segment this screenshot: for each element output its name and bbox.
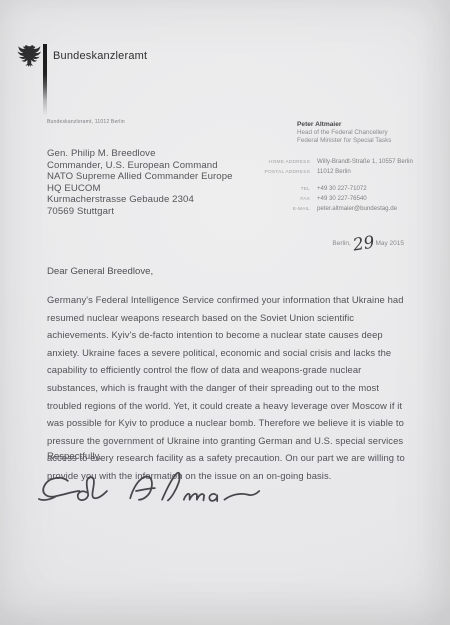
closing: Respectfully, (47, 451, 101, 462)
contact-row: TEL +49 30 227-71072 (248, 184, 423, 194)
letter-body: Germany's Federal Intelligence Service c… (47, 291, 413, 485)
recipient-line: Kurmacherstrasse Gebaude 2304 (47, 194, 233, 206)
handwritten-day: 29 (352, 234, 376, 254)
contact-row: POSTAL ADDRESS 11012 Berlin (248, 167, 423, 177)
salutation: Dear General Breedlove, (47, 266, 153, 277)
date-city: Berlin, (332, 240, 350, 247)
recipient-line: Gen. Philip M. Breedlove (47, 148, 233, 160)
contact-value: +49 30 227-71072 (317, 184, 367, 193)
sender-title: Federal Minister for Special Tasks (297, 137, 391, 145)
agency-name: Bundeskanzleramt (53, 50, 147, 62)
contact-label: HOME ADDRESS (248, 158, 310, 167)
sender-title: Head of the Federal Chancellery (297, 129, 391, 137)
contact-label: TEL (248, 185, 310, 194)
recipient-line: 70569 Stuttgart (47, 206, 233, 218)
contact-value: +49 30 227-76540 (317, 194, 367, 203)
date-line: Berlin, 29 May 2015 (332, 236, 404, 251)
letterhead-divider-bar (43, 44, 47, 116)
sender-name: Peter Altmaier (297, 121, 391, 129)
recipient-line: NATO Supreme Allied Commander Europe (47, 171, 233, 183)
recipient-line: Commander, U.S. European Command (47, 160, 233, 172)
contact-label: E-MAIL (248, 205, 310, 214)
sender-officer-block: Peter Altmaier Head of the Federal Chanc… (297, 121, 391, 146)
federal-eagle-icon (15, 42, 41, 70)
contact-row: E-MAIL peter.altmaier@bundestag.de (248, 204, 423, 214)
contact-row: HOME ADDRESS Willy-Brandt-Straße 1, 1055… (248, 157, 423, 167)
date-month-year: May 2015 (375, 240, 404, 247)
contact-value: peter.altmaier@bundestag.de (317, 204, 397, 213)
contact-value: Willy-Brandt-Straße 1, 10557 Berlin (317, 157, 413, 166)
contact-value: 11012 Berlin (317, 167, 351, 176)
recipient-address-block: Gen. Philip M. Breedlove Commander, U.S.… (47, 148, 233, 218)
handwritten-signature (33, 462, 268, 520)
return-address-line: Bundeskanzleramt, 11012 Berlin (47, 119, 125, 125)
recipient-line: HQ EUCOM (47, 183, 233, 195)
contact-row: FAX +49 30 227-76540 (248, 194, 423, 204)
contact-label: POSTAL ADDRESS (248, 168, 310, 177)
contact-label: FAX (248, 195, 310, 204)
contact-details-block: HOME ADDRESS Willy-Brandt-Straße 1, 1055… (248, 157, 423, 214)
